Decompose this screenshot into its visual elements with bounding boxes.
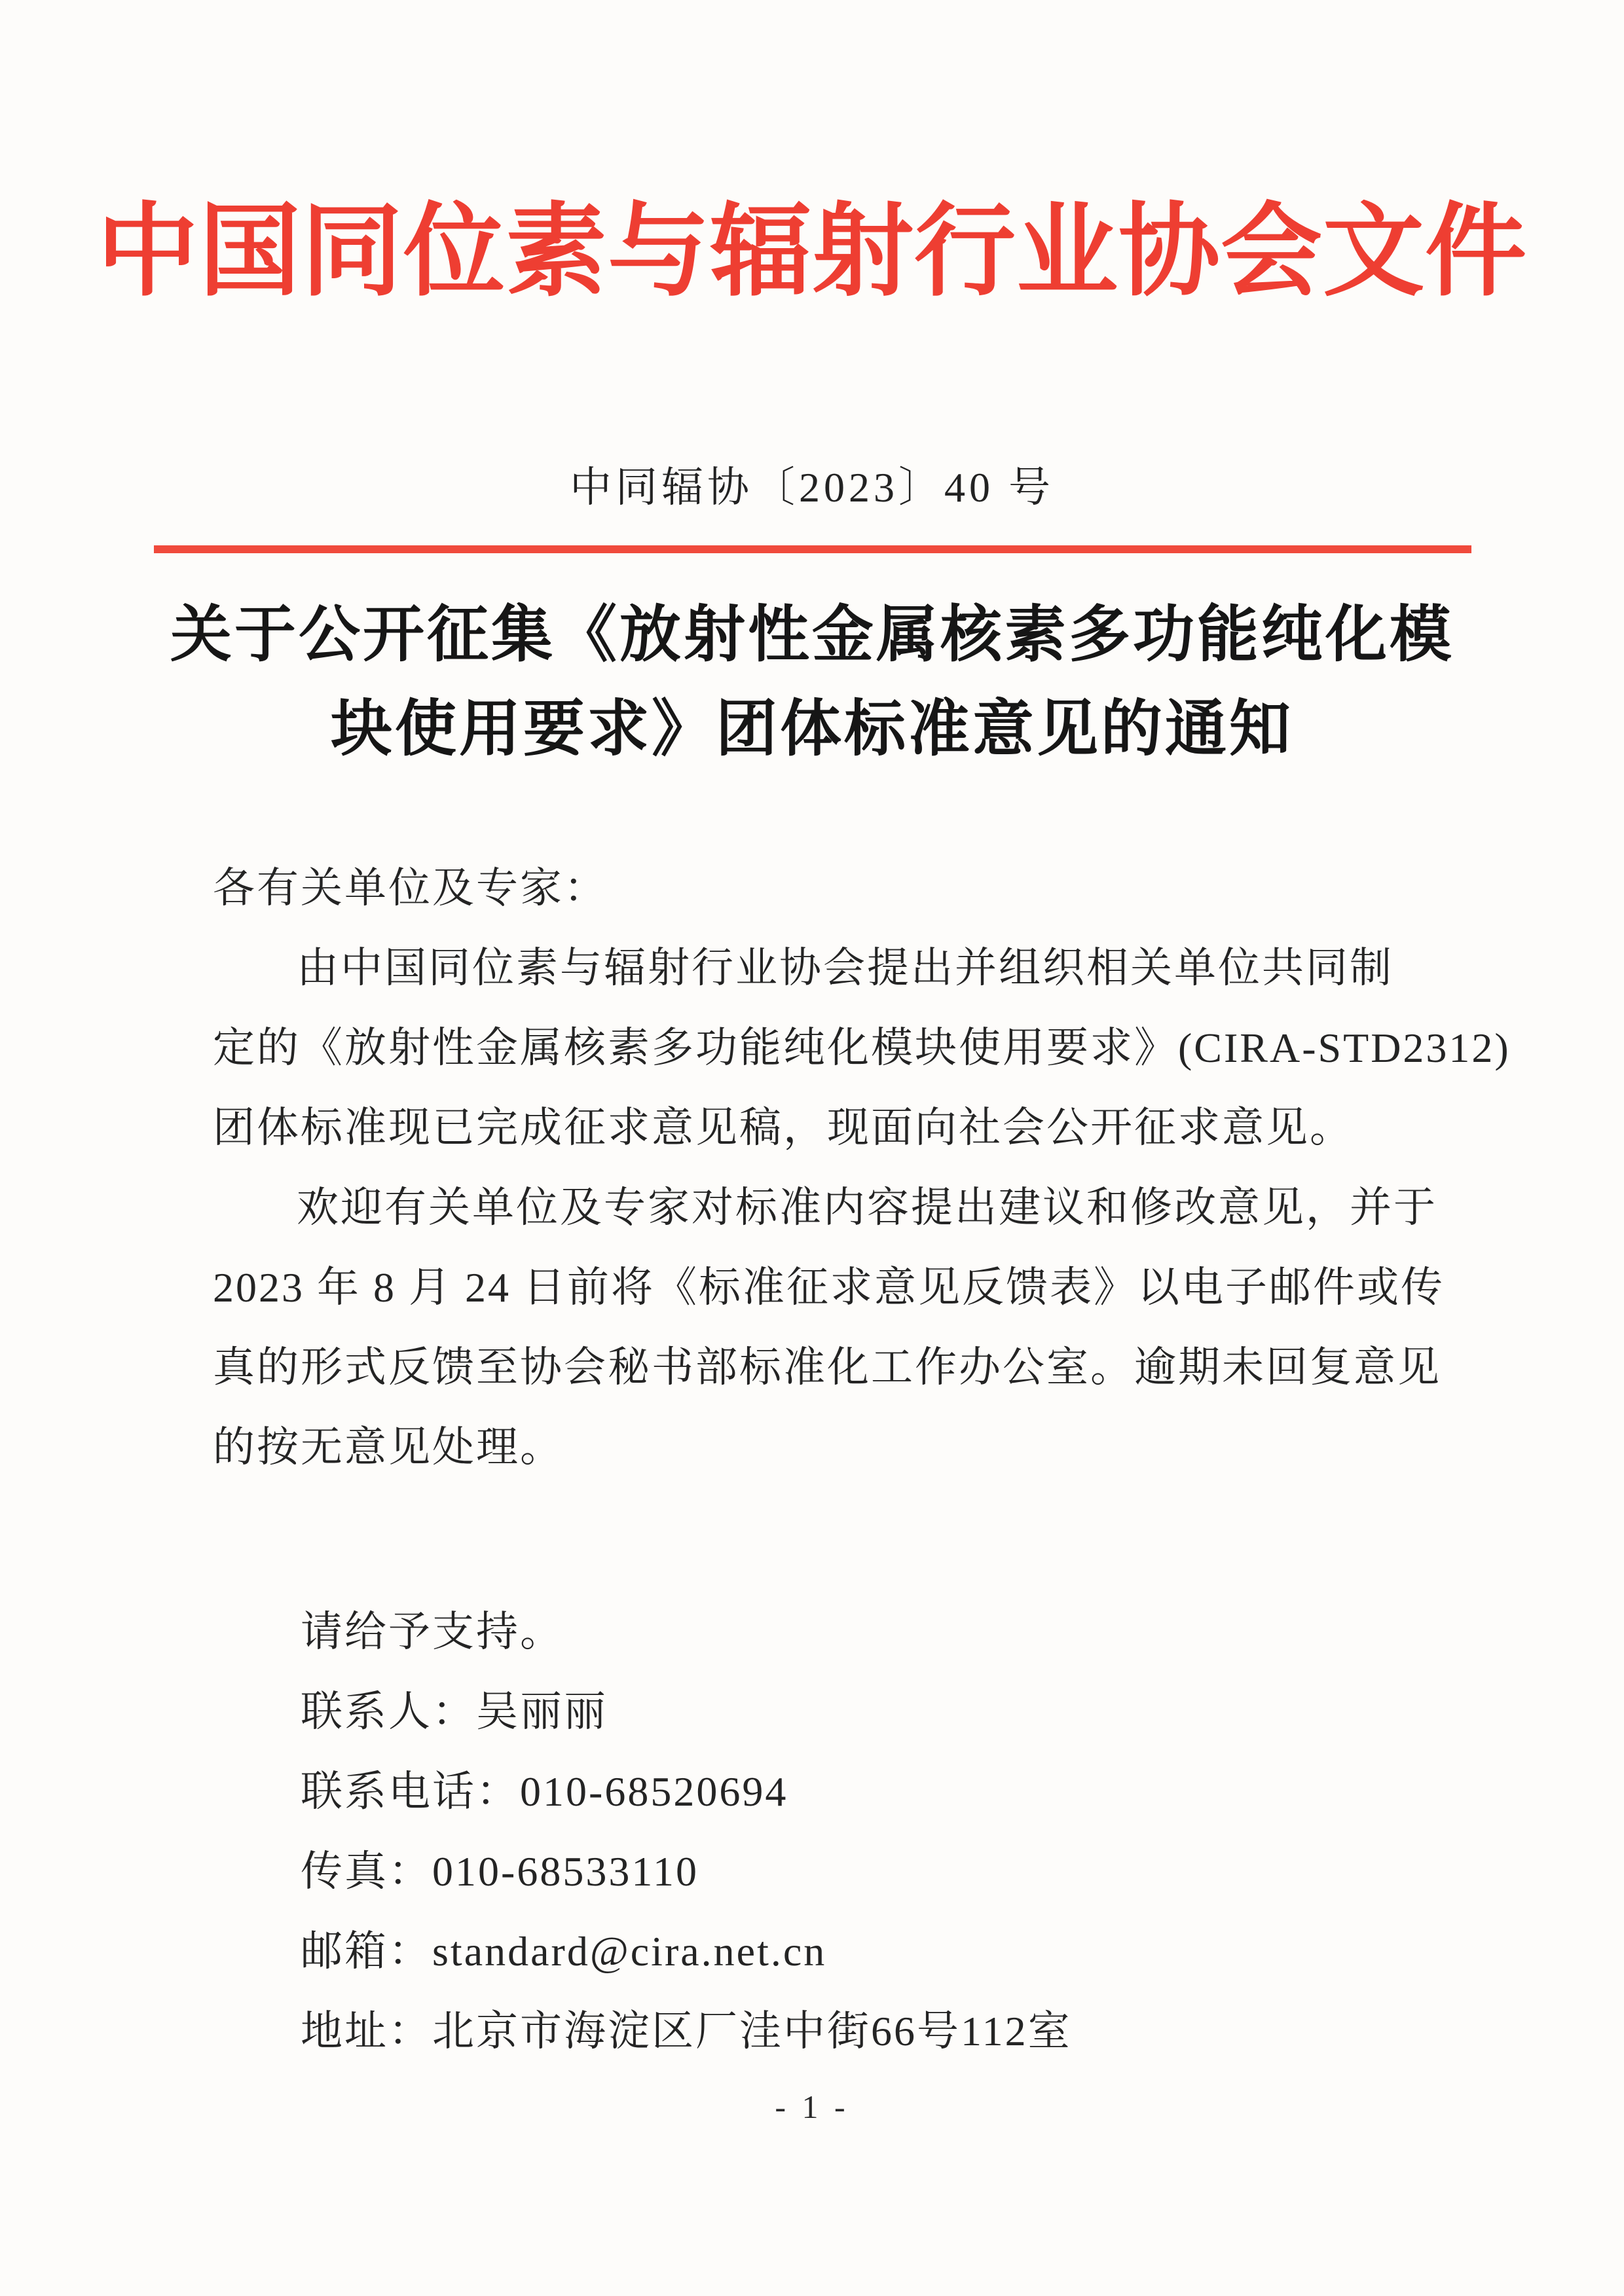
- contact-label: 传真：: [301, 1848, 432, 1895]
- contact-line-email: 邮箱：standard@cira.net.cn: [213, 1912, 1549, 1992]
- contact-value: 010-68520694: [520, 1768, 788, 1815]
- contact-list: 联系人：吴丽丽 联系电话：010-68520694 传真：010-6853311…: [213, 1672, 1549, 2071]
- org-header-title: 中国同位素与辐射行业协会文件: [0, 190, 1624, 314]
- contact-value: standard@cira.net.cn: [432, 1928, 826, 1975]
- contact-value: 吴丽丽: [476, 1688, 608, 1735]
- contact-line-address: 地址：北京市海淀区厂洼中街66号112室: [213, 1992, 1549, 2071]
- contact-value: 北京市海淀区厂洼中街66号112室: [432, 2008, 1072, 2054]
- contact-label: 邮箱：: [301, 1928, 432, 1975]
- contact-line-phone: 联系电话：010-68520694: [213, 1752, 1549, 1832]
- scanned-document-page: { "header": { "org_title": "中国同位素与辐射行业协会…: [0, 0, 1624, 2296]
- support-line: 请给予支持。: [213, 1592, 1549, 1672]
- contact-line-fax: 传真：010-68533110: [213, 1832, 1549, 1912]
- body-paragraph-1: 由中国同位素与辐射行业协会提出并组织相关单位共同制 定的《放射性金属核素多功能纯…: [213, 928, 1549, 1168]
- document-title: 关于公开征集《放射性金属核素多功能纯化模 块使用要求》团体标准意见的通知: [0, 588, 1624, 776]
- body-paragraph-2: 欢迎有关单位及专家对标准内容提出建议和修改意见，并于 2023 年 8 月 24…: [213, 1168, 1549, 1487]
- contact-label: 地址：: [301, 2008, 432, 2054]
- document-body: 各有关单位及专家： 由中国同位素与辐射行业协会提出并组织相关单位共同制 定的《放…: [213, 848, 1549, 2071]
- contact-label: 联系人：: [301, 1688, 476, 1735]
- red-header-divider: [154, 545, 1471, 553]
- contact-value: 010-68533110: [432, 1848, 699, 1895]
- contact-line-person: 联系人：吴丽丽: [213, 1672, 1549, 1752]
- salutation: 各有关单位及专家：: [213, 848, 1549, 928]
- contact-label: 联系电话：: [301, 1768, 520, 1815]
- page-number: - 1 -: [0, 2087, 1624, 2126]
- doc-number: 中同辐协〔2023〕40 号: [0, 458, 1624, 517]
- document-title-line-1: 关于公开征集《放射性金属核素多功能纯化模: [0, 588, 1624, 682]
- document-title-line-2: 块使用要求》团体标准意见的通知: [0, 682, 1624, 776]
